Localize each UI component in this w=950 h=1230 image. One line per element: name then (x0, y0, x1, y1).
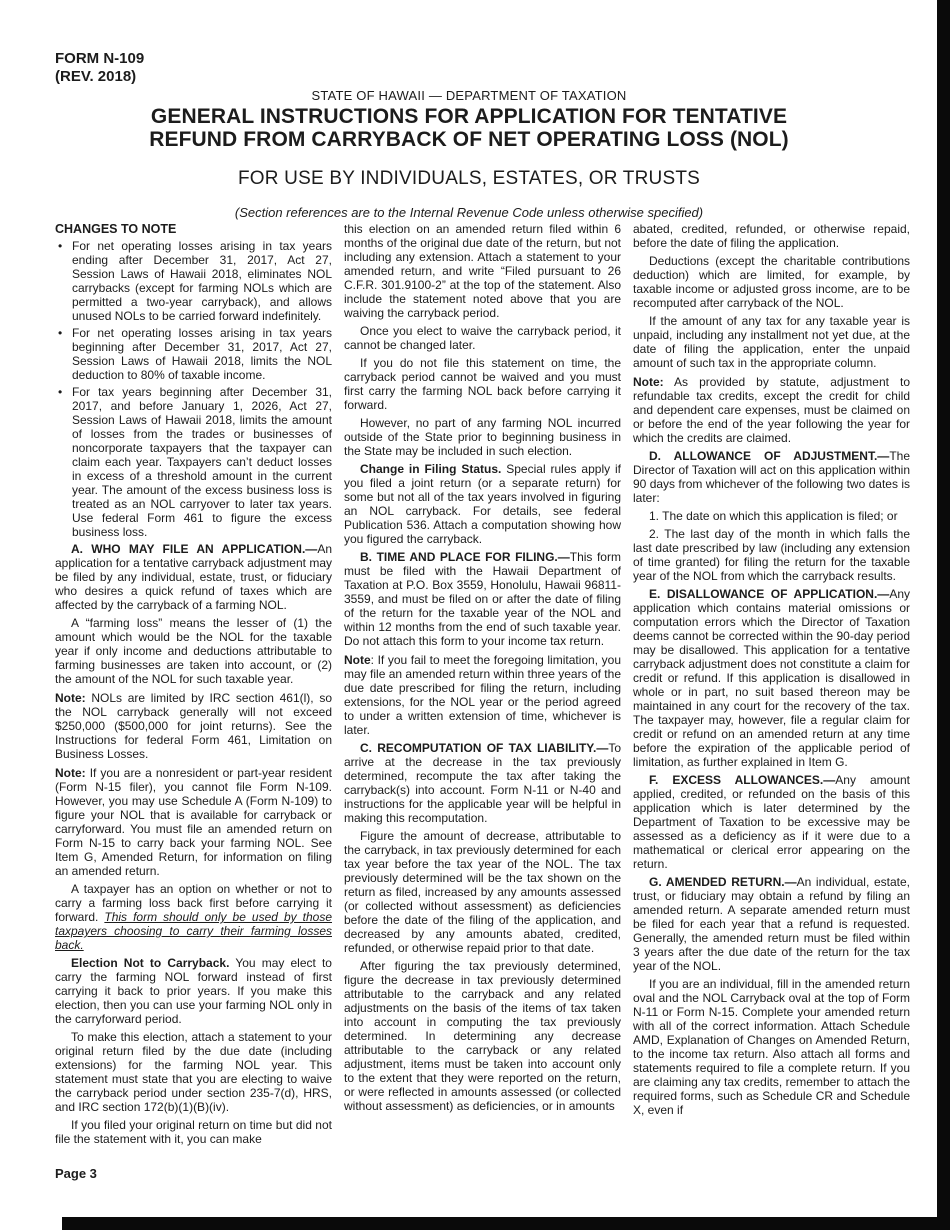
note-paragraph: Note: As provided by statute, adjustment… (633, 375, 910, 445)
bullet-item: For tax years beginning after December 3… (55, 385, 332, 539)
paragraph: A taxpayer has an option on whether or n… (55, 882, 332, 952)
paragraph: However, no part of any farming NOL incu… (344, 416, 621, 458)
document-header: STATE OF HAWAII — DEPARTMENT OF TAXATION… (0, 88, 938, 220)
paragraph: If you are an individual, fill in the am… (633, 977, 910, 1117)
paragraph: To make this election, attach a statemen… (55, 1030, 332, 1114)
paragraph: A. WHO MAY FILE AN APPLICATION.—An appli… (55, 542, 332, 612)
paragraph: 2. The last day of the month in which fa… (633, 527, 910, 583)
paragraph: 1. The date on which this application is… (633, 509, 910, 523)
column-1: CHANGES TO NOTEFor net operating losses … (55, 222, 332, 1150)
page-number: Page 3 (55, 1166, 97, 1181)
form-revision: (REV. 2018) (55, 68, 144, 86)
column-3: abated, credited, refunded, or otherwise… (633, 222, 910, 1150)
paragraph: Deductions (except the charitable contri… (633, 254, 910, 310)
title-line-1: GENERAL INSTRUCTIONS FOR APPLICATION FOR… (0, 105, 938, 128)
paragraph: D. ALLOWANCE OF ADJUSTMENT.—The Director… (633, 449, 910, 505)
instructions-body: CHANGES TO NOTEFor net operating losses … (55, 222, 910, 1150)
paragraph: G. AMENDED RETURN.—An individual, estate… (633, 875, 910, 973)
paragraph: If you do not file this statement on tim… (344, 356, 621, 412)
paragraph: After figuring the tax previously determ… (344, 959, 621, 1113)
paragraph: If you filed your original return on tim… (55, 1118, 332, 1146)
audience-line: FOR USE BY INDIVIDUALS, ESTATES, OR TRUS… (0, 168, 938, 189)
note-paragraph: Note: If you are a nonresident or part-y… (55, 766, 332, 878)
note-paragraph: Note: If you fail to meet the foregoing … (344, 653, 621, 737)
document-title: GENERAL INSTRUCTIONS FOR APPLICATION FOR… (0, 105, 938, 151)
agency-line: STATE OF HAWAII — DEPARTMENT OF TAXATION (0, 88, 938, 103)
paragraph: C. RECOMPUTATION OF TAX LIABILITY.—To ar… (344, 741, 621, 825)
reference-note: (Section references are to the Internal … (0, 205, 938, 220)
paragraph: Once you elect to waive the carryback pe… (344, 324, 621, 352)
paragraph: Election Not to Carryback. You may elect… (55, 956, 332, 1026)
scan-edge-right (937, 0, 950, 1230)
column-2: this election on an amended return filed… (344, 222, 621, 1150)
form-number: FORM N-109 (55, 50, 144, 68)
title-line-2: REFUND FROM CARRYBACK OF NET OPERATING L… (0, 128, 938, 151)
paragraph: E. DISALLOWANCE OF APPLICATION.—Any appl… (633, 587, 910, 769)
paragraph: F. EXCESS ALLOWANCES.—Any amount applied… (633, 773, 910, 871)
section-heading: CHANGES TO NOTE (55, 222, 332, 236)
continuation-paragraph: abated, credited, refunded, or otherwise… (633, 222, 910, 250)
paragraph: A “farming loss” means the lesser of (1)… (55, 616, 332, 686)
paragraph: Figure the amount of decrease, attributa… (344, 829, 621, 955)
note-paragraph: Note: NOLs are limited by IRC section 46… (55, 691, 332, 761)
scan-edge-bottom (62, 1217, 950, 1230)
continuation-paragraph: this election on an amended return filed… (344, 222, 621, 320)
paragraph: B. TIME AND PLACE FOR FILING.—This form … (344, 550, 621, 648)
bullet-item: For net operating losses arising in tax … (55, 326, 332, 382)
form-identifier: FORM N-109 (REV. 2018) (55, 50, 144, 86)
paragraph: Change in Filing Status. Special rules a… (344, 462, 621, 546)
paragraph: If the amount of any tax for any taxable… (633, 314, 910, 370)
bullet-item: For net operating losses arising in tax … (55, 239, 332, 323)
